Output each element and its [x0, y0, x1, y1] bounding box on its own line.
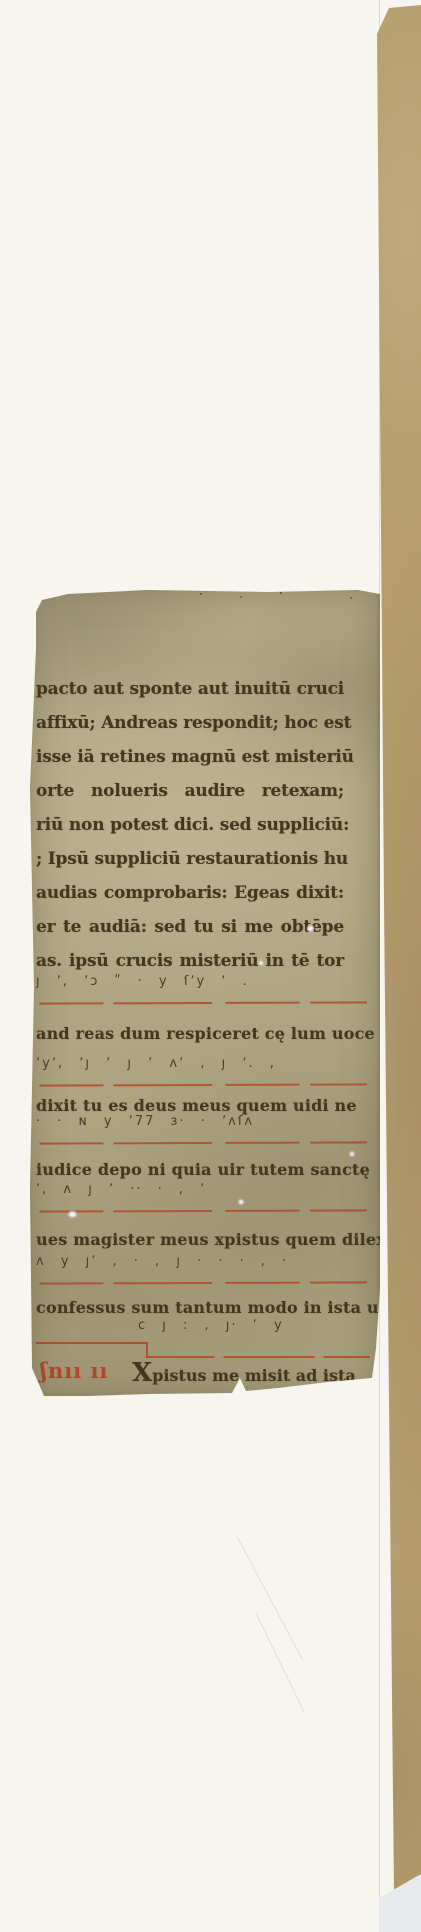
- prose-line: riū non potest dici. sed suppliciū:: [36, 814, 344, 836]
- staff-line: [148, 1356, 370, 1358]
- photo-canvas: pacto aut sponte aut inuitū cruci affixū…: [0, 0, 421, 1932]
- prose-line: pacto aut sponte aut inuitū cruci: [36, 678, 344, 700]
- staff-line: [36, 1209, 374, 1212]
- prose-line: audias comprobaris: Egeas dixit:: [36, 882, 344, 904]
- paper-crease: [237, 1536, 304, 1660]
- parchment-hole: [238, 1199, 244, 1205]
- staff-line: [36, 1083, 374, 1086]
- prose-line: as. ipsū crucis misteriū in tē tor: [36, 950, 344, 972]
- parchment-hole: [307, 925, 314, 932]
- ink-specks: [28, 588, 30, 590]
- neumes: ȷ ʼ, ʼɔ ʺ · y ſʼy ʼ .: [36, 974, 374, 990]
- chant-text-line: iudice depo ni quia uir tutem sanctę: [36, 1158, 370, 1182]
- chant-text-line: Xpistus me misit ad ista: [132, 1360, 356, 1389]
- prose-line: ; Ipsū suppliciū restaurationis hu: [36, 848, 344, 870]
- neume-row: · · ɴ y ʼ77 ɜ· · ʼʌſʌ: [36, 1114, 374, 1160]
- neume-row: ʼ, ʌ ȷ ʼ ·· · , ʼ: [36, 1182, 374, 1228]
- parchment-hole: [349, 1151, 355, 1157]
- paper-crease: [255, 1613, 304, 1712]
- parchment-hole: [258, 960, 264, 966]
- staff-line: [36, 1281, 374, 1284]
- staff-line: [36, 1141, 374, 1144]
- neumes: ʼ, ʌ ȷ ʼ ·· · , ʼ: [36, 1182, 374, 1198]
- staff-line: [36, 1001, 374, 1004]
- prose-line: orte nolueris audire retexam;: [36, 780, 344, 802]
- parchment-hole: [68, 1211, 77, 1218]
- neumes: c ȷ : , ȷ· ʼ y: [138, 1318, 368, 1334]
- prose-line: er te audiā: sed tu si me obtēpe: [36, 916, 344, 938]
- initial-letter: X: [132, 1358, 152, 1388]
- prose-line: affixū; Andreas respondit; hoc est: [36, 712, 344, 734]
- chant-text-line: and reas dum respiceret cę lum uoce: [36, 1022, 370, 1046]
- neumes: · · ɴ y ʼ77 ɜ· · ʼʌſʌ: [36, 1114, 374, 1130]
- neumes: ʌ y ȷʼ , · , ȷ · · · , ·: [36, 1254, 374, 1270]
- chant-text-line: ues magister meus xpistus quem dilexi: [36, 1228, 370, 1252]
- parchment-fragment: pacto aut sponte aut inuitū cruci affixū…: [28, 588, 380, 1398]
- red-rubric: ʃnıı ıı: [40, 1358, 108, 1384]
- chant-text-line: confessus sum tantum modo in ista uoce: [36, 1296, 370, 1320]
- chant-text: pistus me misit ad ista: [152, 1366, 356, 1385]
- neume-row: ȷ ʼ, ʼɔ ʺ · y ſʼy ʼ .: [36, 974, 374, 1020]
- staff-line: [36, 1342, 148, 1344]
- neume-row: ʌ y ȷʼ , · , ȷ · · · , ·: [36, 1254, 374, 1300]
- neumes: ʼyʼ, ʼȷ ʼ ȷ ʼ ʌʼ , ȷ ʼ. ,: [36, 1056, 374, 1072]
- prose-line: isse iā retines magnū est misteriū: [36, 746, 344, 768]
